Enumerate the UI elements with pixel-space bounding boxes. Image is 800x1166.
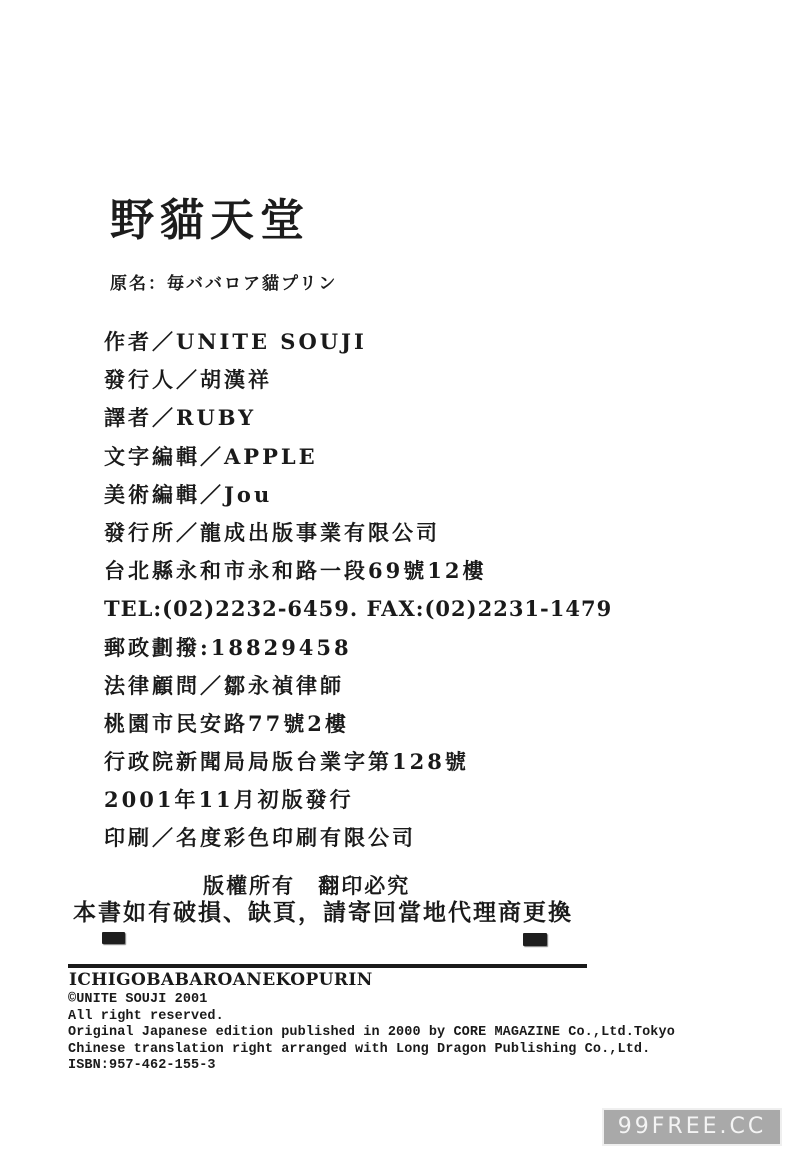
english-translation-rights: Chinese translation right arranged with … — [68, 1042, 675, 1059]
credits-list: 作者／UNITE SOUJI 發行人／胡漢祥 譯者／RUBY 文字編輯／APPL… — [104, 325, 612, 860]
credit-edition-date: 2001年11月初版發行 — [104, 783, 612, 821]
credit-legal-counsel: 法律顧問／鄒永禎律師 — [104, 669, 612, 707]
credit-phone-fax: TEL:(02)2232-6459. FAX:(02)2231-1479 — [104, 592, 612, 630]
credit-postal-account: 郵政劃撥:18829458 — [104, 631, 612, 669]
credit-translator: 譯者／RUBY — [104, 401, 612, 439]
registration-mark-right — [523, 933, 547, 946]
credit-publisher-address: 台北縣永和市永和路一段69號12樓 — [104, 554, 612, 592]
credit-counsel-address: 桃園市民安路77號2樓 — [104, 707, 612, 745]
english-rights-reserved: All right reserved. — [68, 1009, 675, 1026]
credit-art-editor: 美術編輯／Jou — [104, 478, 612, 516]
copyright-notice: 版權所有 翻印必究 — [203, 872, 410, 900]
registration-mark-left — [102, 932, 125, 944]
book-title: 野貓天堂 — [110, 196, 310, 246]
english-title: ICHIGOBABAROANEKOPURIN — [69, 968, 373, 992]
isbn: ISBN:957-462-155-3 — [68, 1058, 675, 1075]
credit-publishing-house: 發行所／龍成出版事業有限公司 — [104, 516, 612, 554]
english-copyright: ©UNITE SOUJI 2001 — [68, 992, 675, 1009]
watermark: 99FREE.CC — [604, 1110, 780, 1144]
credit-printer: 印刷／名度彩色印刷有限公司 — [104, 821, 612, 859]
english-copyright-block: ©UNITE SOUJI 2001 All right reserved. Or… — [68, 992, 675, 1075]
original-title: 原名：毎ババロア貓プリン — [110, 272, 337, 296]
credit-text-editor: 文字編輯／APPLE — [104, 440, 612, 478]
replacement-notice: 本書如有破損、缺頁，請寄回當地代理商更換 — [73, 897, 573, 929]
english-original-edition: Original Japanese edition published in 2… — [68, 1025, 675, 1042]
credit-publisher: 發行人／胡漢祥 — [104, 363, 612, 401]
credit-license-number: 行政院新聞局局版台業字第128號 — [104, 745, 612, 783]
credit-author: 作者／UNITE SOUJI — [104, 325, 612, 363]
